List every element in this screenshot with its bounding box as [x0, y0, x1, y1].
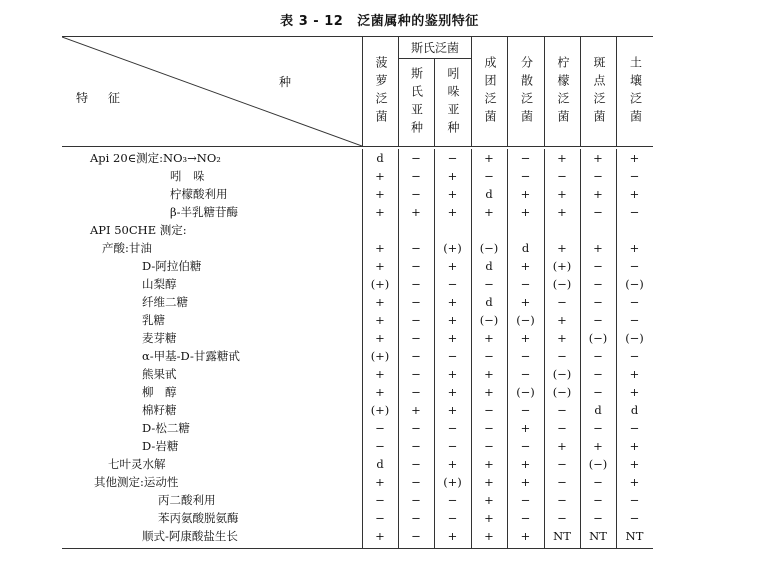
- table-row: 吲 哚+−+−−−−−: [62, 167, 653, 185]
- col-header-pineapple: 菠萝泛菌: [362, 37, 399, 146]
- result-cell: [398, 221, 434, 239]
- result-cell: (−): [544, 275, 580, 293]
- result-cell: −: [507, 437, 544, 455]
- result-cell: −: [398, 347, 434, 365]
- feature-label: 吲 哚: [170, 167, 205, 185]
- result-cell: d: [507, 239, 544, 257]
- result-cell: (+): [362, 275, 398, 293]
- table-row: 柠檬酸利用+−+d++++: [62, 185, 653, 203]
- result-cell: −: [580, 491, 616, 509]
- table-row: 麦芽糖+−++++(−)(−): [62, 329, 653, 347]
- table-row: 产酸:甘油+−(+)(−)d+++: [62, 239, 653, 257]
- result-cell: +: [434, 257, 471, 275]
- table-row: 柳 醇+−++(−)(−)−+: [62, 383, 653, 401]
- result-cell: −: [471, 419, 507, 437]
- result-cell: −: [398, 185, 434, 203]
- result-cell: +: [362, 185, 398, 203]
- result-cell: −: [398, 167, 434, 185]
- result-cell: +: [362, 329, 398, 347]
- result-cell: −: [616, 203, 653, 221]
- result-cell: d: [471, 257, 507, 275]
- result-cell: −: [398, 491, 434, 509]
- result-cell: −: [362, 509, 398, 527]
- result-cell: +: [580, 185, 616, 203]
- result-cell: +: [507, 419, 544, 437]
- table-row: D-松二糖−−−−+−−−: [62, 419, 653, 437]
- col-header-punctata: 斑点泛菌: [580, 37, 617, 146]
- result-cell: +: [616, 455, 653, 473]
- result-cell: [507, 221, 544, 239]
- result-cell: d: [616, 401, 653, 419]
- table-row: 熊果甙+−++−(−)−+: [62, 365, 653, 383]
- differential-characteristics-table: 特征 种 菠萝泛菌 斯氏泛菌 斯氏亚种 吲哚亚种 成团泛菌 分散泛菌 柠檬泛菌 …: [62, 36, 653, 549]
- result-cell: +: [580, 149, 616, 167]
- result-cell: +: [471, 365, 507, 383]
- feature-label: Api 20∈测定:NO₃→NO₂: [90, 149, 221, 167]
- result-cell: −: [398, 509, 434, 527]
- result-cell: +: [362, 239, 398, 257]
- col-header-terrea: 土壤泛菌: [616, 37, 654, 146]
- result-cell: +: [507, 473, 544, 491]
- result-cell: [362, 221, 398, 239]
- result-cell: NT: [616, 527, 653, 545]
- result-cell: +: [362, 383, 398, 401]
- result-cell: (−): [580, 455, 616, 473]
- result-cell: −: [398, 365, 434, 383]
- result-cell: +: [616, 383, 653, 401]
- table-row: β-半乳糖苷酶++++++−−: [62, 203, 653, 221]
- table-row: API 50CHE 测定:: [62, 221, 653, 239]
- feature-label: 乳糖: [142, 311, 165, 329]
- result-cell: −: [580, 257, 616, 275]
- result-cell: −: [398, 527, 434, 545]
- result-cell: −: [616, 257, 653, 275]
- result-cell: +: [507, 203, 544, 221]
- result-cell: +: [507, 185, 544, 203]
- result-cell: +: [398, 203, 434, 221]
- result-cell: −: [580, 509, 616, 527]
- result-cell: +: [507, 455, 544, 473]
- result-cell: −: [398, 437, 434, 455]
- feature-label: 麦芽糖: [142, 329, 177, 347]
- result-cell: −: [398, 329, 434, 347]
- table-row: Api 20∈测定:NO₃→NO₂d−−+−+++: [62, 149, 653, 167]
- result-cell: +: [507, 329, 544, 347]
- result-cell: −: [616, 167, 653, 185]
- table-title: 表 3 - 12泛菌属种的鉴别特征: [0, 10, 759, 29]
- feature-label: D-松二糖: [142, 419, 190, 437]
- result-cell: +: [544, 437, 580, 455]
- feature-label: 产酸:甘油: [102, 239, 152, 257]
- result-cell: −: [362, 419, 398, 437]
- result-cell: (−): [616, 275, 653, 293]
- result-cell: +: [471, 491, 507, 509]
- result-cell: +: [362, 167, 398, 185]
- table-row: D-阿拉伯糖+−+d+(+)−−: [62, 257, 653, 275]
- result-cell: −: [398, 293, 434, 311]
- feature-label: 七叶灵水解: [108, 455, 166, 473]
- result-cell: +: [544, 185, 580, 203]
- result-cell: −: [471, 275, 507, 293]
- table-caption: 泛菌属种的鉴别特征: [357, 14, 479, 29]
- result-cell: +: [544, 203, 580, 221]
- result-cell: −: [398, 275, 434, 293]
- col-header-dispersa: 分散泛菌: [507, 37, 545, 146]
- result-cell: +: [398, 401, 434, 419]
- result-cell: −: [398, 419, 434, 437]
- table-row: 苯丙氨酸脱氨酶−−−+−−−−: [62, 509, 653, 527]
- result-cell: (−): [580, 329, 616, 347]
- result-cell: −: [580, 293, 616, 311]
- result-cell: −: [580, 347, 616, 365]
- result-cell: −: [398, 455, 434, 473]
- result-cell: −: [507, 365, 544, 383]
- table-body: Api 20∈测定:NO₃→NO₂d−−+−+++吲 哚+−+−−−−−柠檬酸利…: [62, 149, 653, 548]
- feature-axis-label: 特征: [76, 89, 120, 106]
- result-cell: −: [507, 401, 544, 419]
- result-cell: −: [507, 275, 544, 293]
- table-row: 其他测定:运动性+−(+)++−−+: [62, 473, 653, 491]
- table-row: 七叶灵水解d−+++−(−)+: [62, 455, 653, 473]
- result-cell: −: [398, 257, 434, 275]
- result-cell: −: [434, 347, 471, 365]
- result-cell: (+): [544, 257, 580, 275]
- result-cell: d: [471, 293, 507, 311]
- table-row: 顺式-阿康酸盐生长+−+++NTNTNT: [62, 527, 653, 545]
- result-cell: −: [507, 149, 544, 167]
- table-row: 丙二酸利用−−−+−−−−: [62, 491, 653, 509]
- table-row: 乳糖+−+(−)(−)+−−: [62, 311, 653, 329]
- feature-label: 其他测定:运动性: [94, 473, 178, 491]
- result-cell: −: [544, 167, 580, 185]
- result-cell: −: [616, 311, 653, 329]
- result-cell: +: [507, 527, 544, 545]
- result-cell: +: [471, 203, 507, 221]
- result-cell: −: [616, 347, 653, 365]
- result-cell: +: [434, 329, 471, 347]
- result-cell: +: [471, 527, 507, 545]
- result-cell: +: [434, 167, 471, 185]
- feature-label: 顺式-阿康酸盐生长: [142, 527, 238, 545]
- result-cell: +: [434, 365, 471, 383]
- result-cell: −: [398, 383, 434, 401]
- result-cell: +: [544, 239, 580, 257]
- result-cell: +: [471, 383, 507, 401]
- result-cell: (−): [507, 311, 544, 329]
- result-cell: −: [544, 491, 580, 509]
- result-cell: +: [434, 401, 471, 419]
- result-cell: +: [362, 365, 398, 383]
- result-cell: −: [362, 491, 398, 509]
- result-cell: −: [616, 293, 653, 311]
- result-cell: −: [434, 509, 471, 527]
- result-cell: +: [544, 149, 580, 167]
- table-number: 表 3 - 12: [280, 14, 343, 29]
- feature-label: α-甲基-D-甘露糖甙: [142, 347, 240, 365]
- result-cell: +: [544, 311, 580, 329]
- result-cell: +: [434, 455, 471, 473]
- table-row: 纤维二糖+−+d+−−−: [62, 293, 653, 311]
- result-cell: −: [471, 347, 507, 365]
- result-cell: +: [362, 473, 398, 491]
- result-cell: +: [616, 149, 653, 167]
- result-cell: −: [580, 311, 616, 329]
- result-cell: +: [471, 473, 507, 491]
- result-cell: +: [544, 329, 580, 347]
- feature-label: 柠檬酸利用: [170, 185, 228, 203]
- result-cell: (−): [507, 383, 544, 401]
- result-cell: −: [471, 401, 507, 419]
- result-cell: −: [434, 419, 471, 437]
- result-cell: −: [616, 509, 653, 527]
- table-row: 棉籽糖(+)++−−−dd: [62, 401, 653, 419]
- result-cell: −: [507, 167, 544, 185]
- feature-label: 棉籽糖: [142, 401, 177, 419]
- result-cell: +: [616, 365, 653, 383]
- col-header-citrea: 柠檬泛菌: [544, 37, 581, 146]
- result-cell: (+): [362, 347, 398, 365]
- result-cell: +: [471, 455, 507, 473]
- feature-label: 纤维二糖: [142, 293, 188, 311]
- result-cell: +: [434, 527, 471, 545]
- feature-label: D-阿拉伯糖: [142, 257, 201, 275]
- col-header-indologenes-subsp: 吲哚亚种: [434, 59, 471, 146]
- result-cell: −: [434, 437, 471, 455]
- result-cell: −: [544, 419, 580, 437]
- result-cell: +: [616, 239, 653, 257]
- result-cell: −: [544, 401, 580, 419]
- result-cell: −: [544, 509, 580, 527]
- result-cell: +: [362, 311, 398, 329]
- result-cell: (+): [434, 473, 471, 491]
- result-cell: −: [544, 455, 580, 473]
- table-header: 特征 种 菠萝泛菌 斯氏泛菌 斯氏亚种 吲哚亚种 成团泛菌 分散泛菌 柠檬泛菌 …: [62, 37, 653, 147]
- result-cell: −: [580, 275, 616, 293]
- result-cell: d: [362, 149, 398, 167]
- result-cell: −: [398, 311, 434, 329]
- feature-label: 苯丙氨酸脱氨酶: [158, 509, 239, 527]
- feature-label: β-半乳糖苷酶: [170, 203, 238, 221]
- result-cell: (−): [471, 239, 507, 257]
- result-cell: +: [471, 149, 507, 167]
- species-axis-label: 种: [279, 73, 291, 90]
- result-cell: +: [434, 311, 471, 329]
- feature-label: 柳 醇: [142, 383, 177, 401]
- result-cell: +: [471, 329, 507, 347]
- result-cell: −: [398, 149, 434, 167]
- result-cell: [471, 221, 507, 239]
- result-cell: −: [471, 437, 507, 455]
- result-cell: (−): [471, 311, 507, 329]
- result-cell: −: [580, 419, 616, 437]
- result-cell: −: [434, 491, 471, 509]
- result-cell: −: [616, 491, 653, 509]
- col-header-agglomerans: 成团泛菌: [471, 37, 508, 146]
- result-cell: −: [507, 509, 544, 527]
- result-cell: +: [434, 203, 471, 221]
- result-cell: +: [362, 527, 398, 545]
- result-cell: d: [471, 185, 507, 203]
- result-cell: −: [580, 473, 616, 491]
- result-cell: +: [471, 509, 507, 527]
- table-row: α-甲基-D-甘露糖甙(+)−−−−−−−: [62, 347, 653, 365]
- result-cell: +: [362, 203, 398, 221]
- result-cell: [544, 221, 580, 239]
- col-group-header-stewartii: 斯氏泛菌: [398, 37, 471, 59]
- result-cell: −: [507, 347, 544, 365]
- result-cell: −: [580, 365, 616, 383]
- feature-label: 熊果甙: [142, 365, 177, 383]
- result-cell: −: [507, 491, 544, 509]
- result-cell: −: [544, 347, 580, 365]
- result-cell: +: [362, 257, 398, 275]
- result-cell: −: [580, 167, 616, 185]
- table-row: 山梨醇(+)−−−−(−)−(−): [62, 275, 653, 293]
- result-cell: −: [544, 473, 580, 491]
- result-cell: +: [616, 437, 653, 455]
- result-cell: d: [580, 401, 616, 419]
- result-cell: +: [580, 239, 616, 257]
- result-cell: +: [434, 293, 471, 311]
- result-cell: +: [434, 185, 471, 203]
- result-cell: −: [362, 437, 398, 455]
- result-cell: [434, 221, 471, 239]
- result-cell: −: [398, 239, 434, 257]
- col-header-stewartii-subsp: 斯氏亚种: [398, 59, 434, 146]
- result-cell: [616, 221, 653, 239]
- result-cell: −: [434, 149, 471, 167]
- feature-label: D-岩糖: [142, 437, 178, 455]
- result-cell: −: [434, 275, 471, 293]
- result-cell: +: [434, 383, 471, 401]
- feature-label: 山梨醇: [142, 275, 177, 293]
- result-cell: [580, 221, 616, 239]
- result-cell: +: [507, 257, 544, 275]
- result-cell: (+): [362, 401, 398, 419]
- result-cell: −: [471, 167, 507, 185]
- result-cell: (+): [434, 239, 471, 257]
- result-cell: NT: [580, 527, 616, 545]
- result-cell: −: [544, 293, 580, 311]
- result-cell: +: [616, 473, 653, 491]
- result-cell: −: [398, 473, 434, 491]
- feature-label: 丙二酸利用: [158, 491, 216, 509]
- result-cell: d: [362, 455, 398, 473]
- result-cell: NT: [544, 527, 580, 545]
- feature-label: API 50CHE 测定:: [90, 221, 187, 239]
- result-cell: (−): [616, 329, 653, 347]
- result-cell: −: [580, 383, 616, 401]
- result-cell: (−): [544, 365, 580, 383]
- diagonal-header-cell: 特征 种: [62, 37, 362, 146]
- result-cell: −: [580, 203, 616, 221]
- result-cell: +: [507, 293, 544, 311]
- result-cell: −: [616, 419, 653, 437]
- result-cell: +: [362, 293, 398, 311]
- result-cell: +: [580, 437, 616, 455]
- table-row: D-岩糖−−−−−+++: [62, 437, 653, 455]
- result-cell: (−): [544, 383, 580, 401]
- result-cell: +: [616, 185, 653, 203]
